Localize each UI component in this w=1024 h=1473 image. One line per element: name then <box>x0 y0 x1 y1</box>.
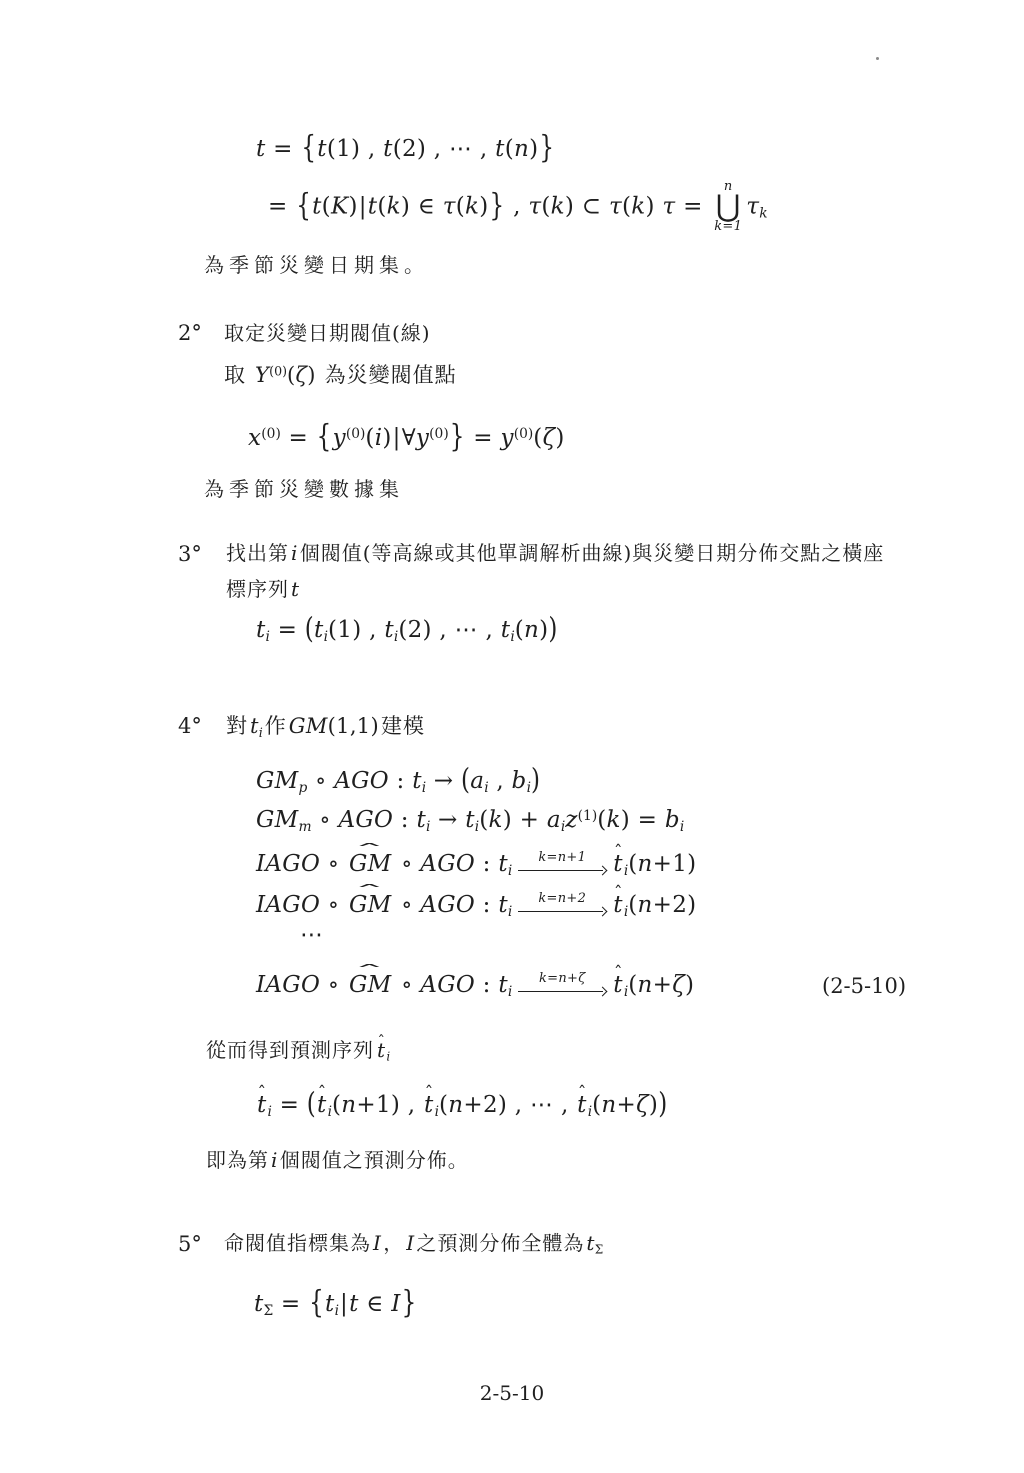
formula-ellipsis: ⋯ <box>300 920 323 951</box>
caption-seasonal-catastrophe-data-set: 為季節災變數據集 <box>204 476 404 503</box>
document-page: t = {t(1) , t(2) , ⋯ , t(n)} = {t(K)|t(k… <box>0 0 1024 1473</box>
equation-number: (2-5-10) <box>822 972 906 1000</box>
step2-title: 取定災變日期閥值(線) <box>224 320 431 347</box>
formula-iago-nzeta: IAGO ∘ GM ∘ AGO : tik=n+ζti(n+ζ) <box>256 966 694 1002</box>
step5-title: 命閥值指標集為I，I之預測分佈全體為tΣ <box>222 1230 603 1258</box>
step3-title-line1: 找出第i個閥值(等高線或其他單調解析曲線)與災變日期分佈交點之橫座 <box>224 540 886 567</box>
formula-gm-m: GMm ∘ AGO : ti → ti(k) + aiz(1)(k) = bi <box>256 805 684 837</box>
formula-x0-threshold: x(0) = {y(0)(i)|∀y(0)} = y(0)(ζ) <box>248 423 565 454</box>
step5-number: 5° <box>178 1230 202 1258</box>
formula-t-date-set-line2: = {t(K)|t(k) ∈ τ(k)} , τ(k) ⊂ τ(k) τ = n… <box>268 181 768 234</box>
formula-gm-p: GMp ∘ AGO : ti → (ai , bi) <box>256 766 540 798</box>
formula-t-sigma: tΣ = {ti|t ∈ I} <box>254 1289 418 1321</box>
step2-subtitle: 取 Y(0)(ζ) 為災變閥值點 <box>222 361 459 389</box>
scan-noise-dot <box>876 57 879 60</box>
caption-prediction-sequence: 從而得到預測序列ti <box>204 1037 390 1065</box>
formula-iago-n1: IAGO ∘ GM ∘ AGO : tik=n+1ti(n+1) <box>256 845 696 881</box>
formula-ti-sequence: ti = (ti(1) , ti(2) , ⋯ , ti(n)) <box>256 615 558 647</box>
step3-number: 3° <box>178 540 202 568</box>
formula-that-sequence: ti = (ti(n+1) , ti(n+2) , ⋯ , ti(n+ζ)) <box>256 1090 667 1122</box>
step3-title-line2: 標序列t <box>224 576 299 603</box>
caption-ith-threshold-prediction: 即為第i個閥值之預測分佈。 <box>204 1147 471 1174</box>
page-number: 2-5-10 <box>0 1381 1024 1405</box>
step2-number: 2° <box>178 319 202 347</box>
formula-iago-n2: IAGO ∘ GM ∘ AGO : tik=n+2ti(n+2) <box>256 886 696 922</box>
step4-title: 對ti作GM(1,1)建模 <box>224 712 427 741</box>
caption-seasonal-catastrophe-date-set: 為季節災變日期集。 <box>204 252 429 279</box>
formula-t-date-set-line1: t = {t(1) , t(2) , ⋯ , t(n)} <box>256 134 555 165</box>
step4-number: 4° <box>178 712 202 740</box>
